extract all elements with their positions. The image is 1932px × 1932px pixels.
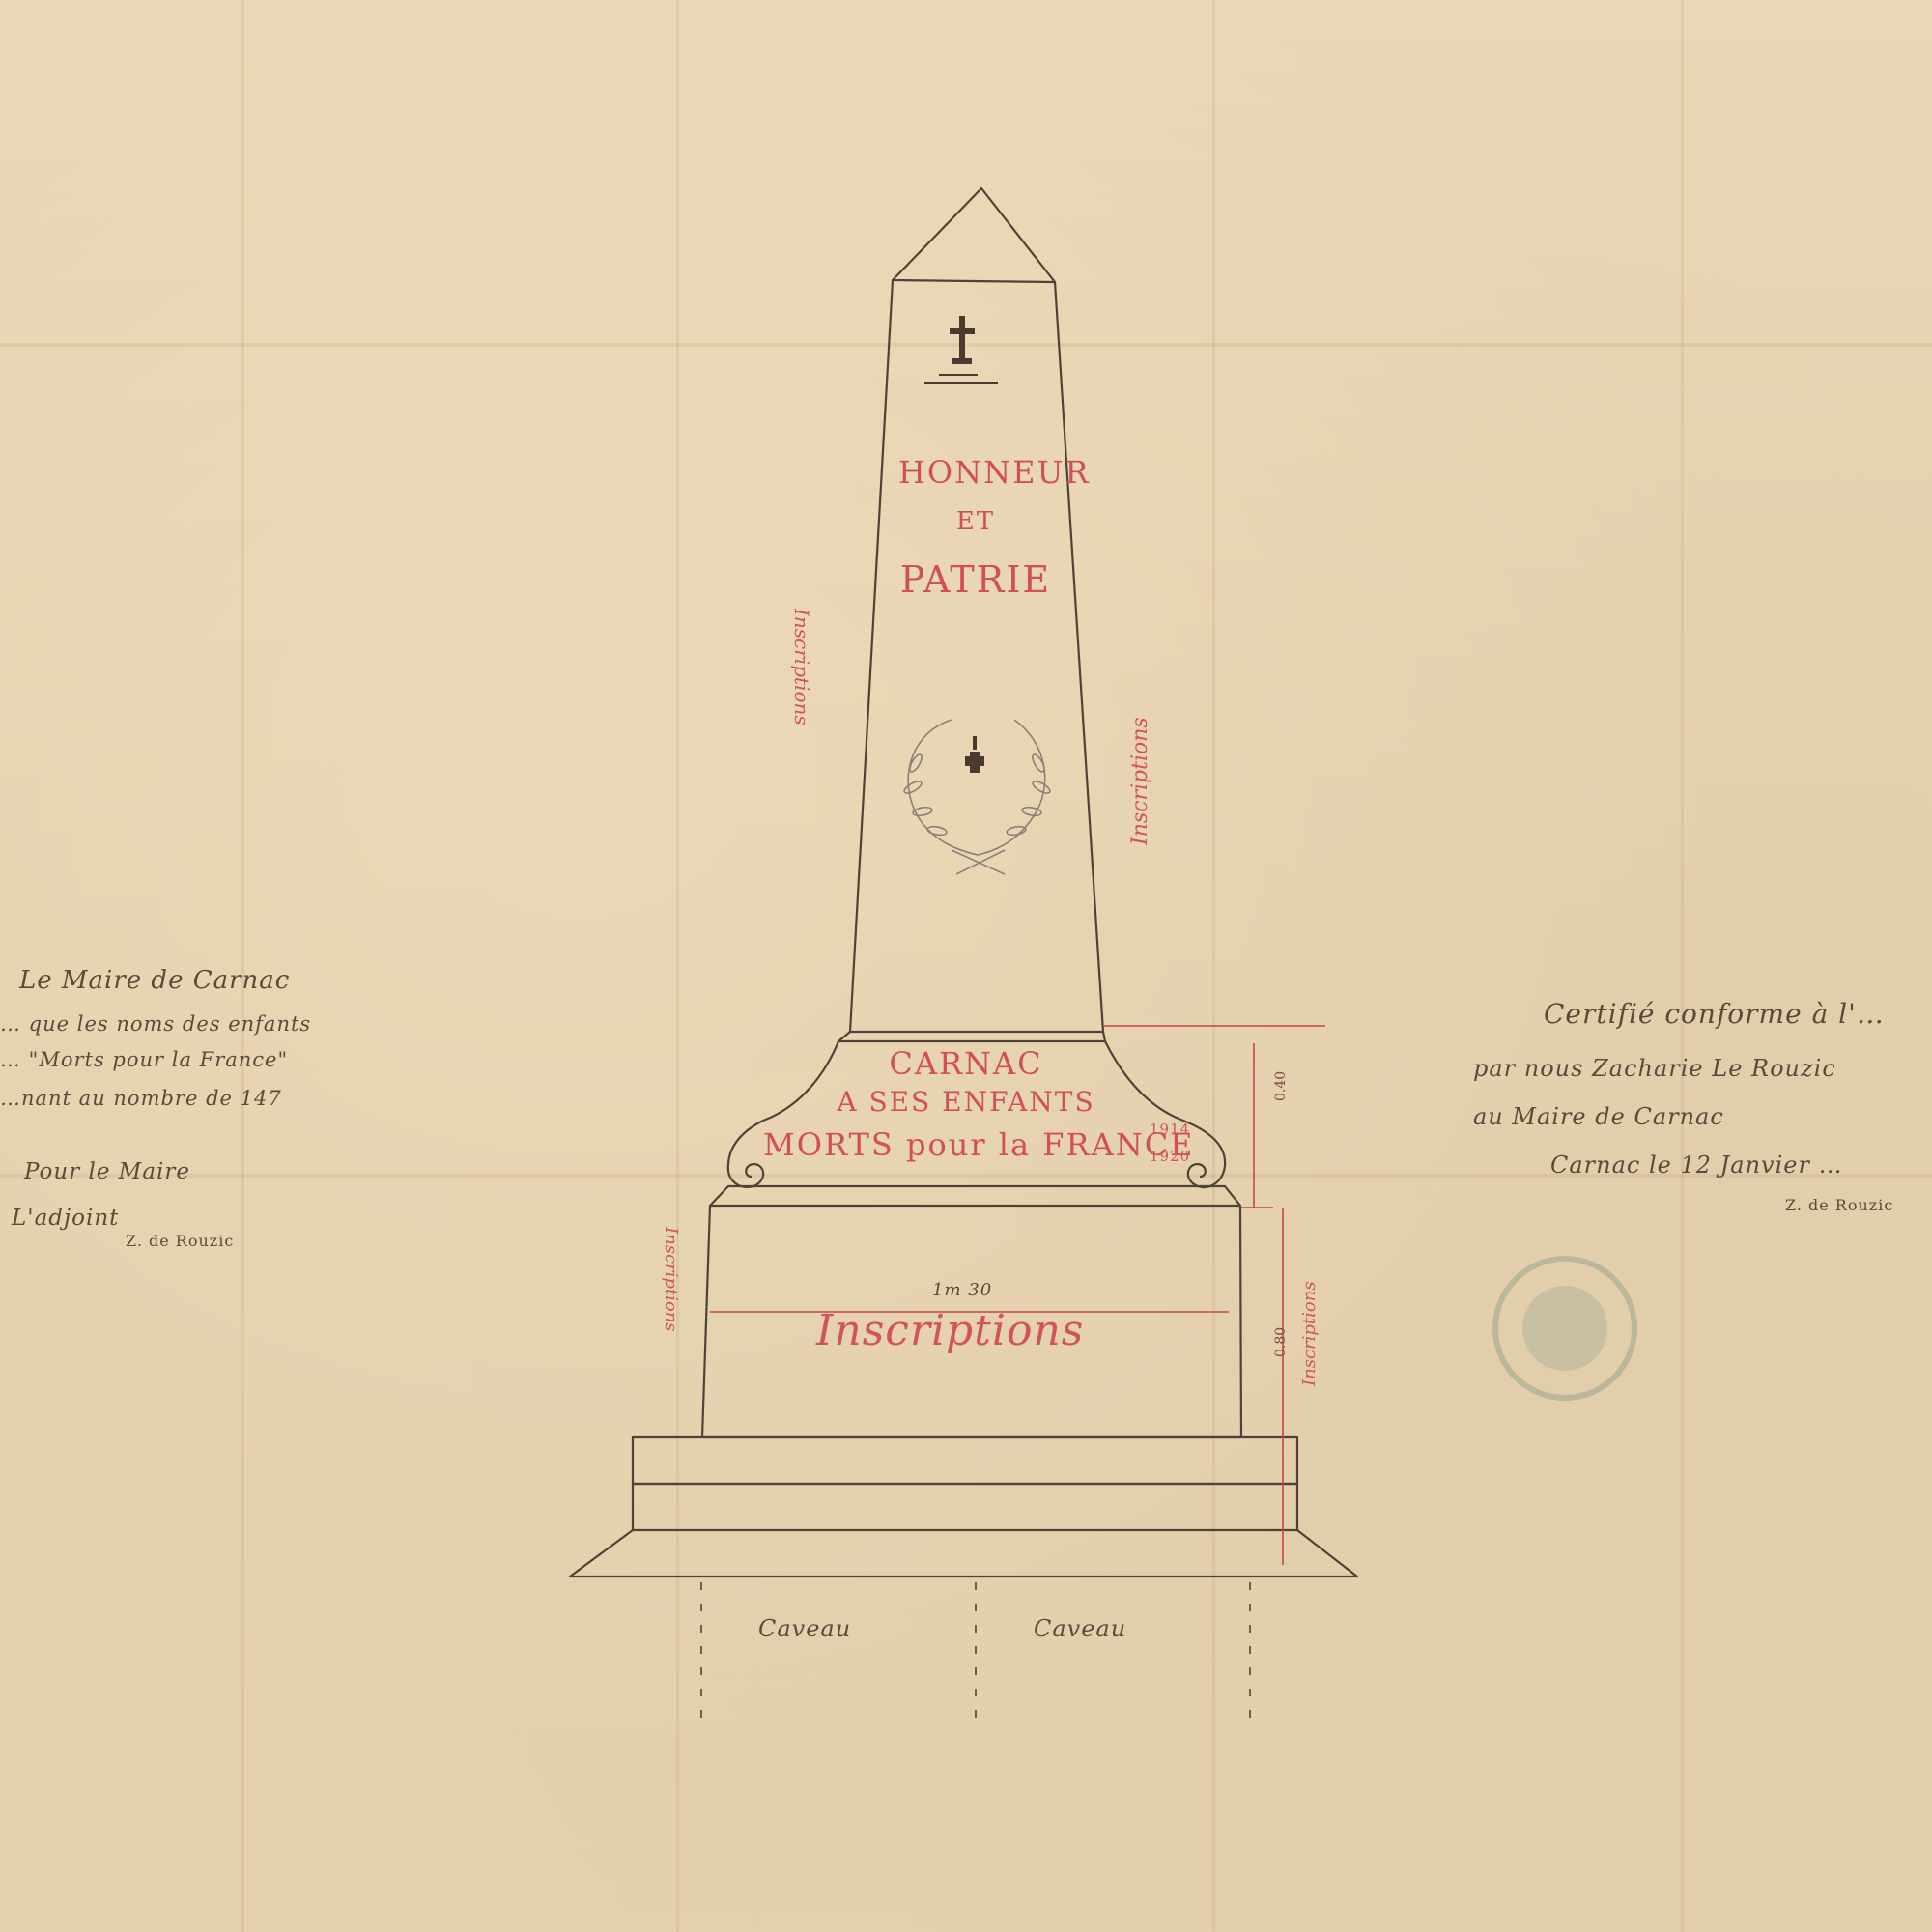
note-line: au Maire de Carnac bbox=[1473, 1103, 1724, 1130]
note-line: Certifié conforme à l'… bbox=[1544, 998, 1885, 1030]
shaft-right-inscriptions-label: Inscriptions bbox=[1128, 717, 1152, 845]
laurel-wreath-icon bbox=[902, 720, 1051, 874]
note-line: Le Maire de Carnac bbox=[19, 966, 290, 995]
plinth-inscriptions-label: Inscriptions bbox=[816, 1306, 1084, 1355]
plinth-height-dimension: 0.80 bbox=[1273, 1327, 1289, 1357]
seal-emblem bbox=[1522, 1286, 1607, 1371]
inscription-honneur: HONNEUR bbox=[898, 454, 1053, 491]
obelisk-shaft-outline bbox=[850, 280, 1103, 1032]
inscription-et: ET bbox=[898, 507, 1053, 536]
shaft-base-band bbox=[838, 1032, 1105, 1041]
plinth-right-inscriptions-label: Inscriptions bbox=[1299, 1281, 1320, 1386]
note-line: par nous Zacharie Le Rouzic bbox=[1473, 1055, 1836, 1082]
pyramidion-outline bbox=[893, 188, 1055, 282]
cross-base-lines bbox=[924, 375, 998, 383]
note-line: … "Morts pour la France" bbox=[0, 1048, 288, 1071]
year-end: 1920 bbox=[1150, 1148, 1190, 1165]
cross-icon bbox=[950, 316, 975, 364]
year-start: 1914 bbox=[1150, 1121, 1190, 1138]
cornice-height-dimension: 0.40 bbox=[1273, 1071, 1289, 1101]
step-lower bbox=[633, 1484, 1297, 1530]
note-line: … que les noms des enfants bbox=[0, 1012, 311, 1036]
inscription-patrie: PATRIE bbox=[898, 558, 1053, 601]
step-upper bbox=[633, 1437, 1297, 1484]
signature: Z. de Rouzic bbox=[126, 1232, 234, 1250]
plinth-width-dimension: 1m 30 bbox=[932, 1280, 992, 1300]
inscription-carnac: CARNAC bbox=[850, 1045, 1082, 1082]
note-line: L'adjoint bbox=[12, 1206, 119, 1231]
caveau-right-label: Caveau bbox=[1034, 1615, 1126, 1642]
inscription-a-ses-enfants: A SES ENFANTS bbox=[811, 1086, 1121, 1118]
cornice-band bbox=[710, 1186, 1240, 1206]
right-volute bbox=[1105, 1041, 1225, 1187]
footing bbox=[570, 1530, 1357, 1577]
military-cross-icon bbox=[965, 736, 984, 773]
note-line: Carnac le 12 Janvier … bbox=[1550, 1151, 1843, 1179]
note-line: …nant au nombre de 147 bbox=[0, 1087, 282, 1110]
caveau-left-label: Caveau bbox=[758, 1615, 851, 1642]
note-line: Pour le Maire bbox=[24, 1159, 190, 1184]
shaft-left-inscriptions-label: Inscriptions bbox=[790, 609, 813, 725]
inscription-morts-pour-la-france: MORTS pour la FRANCE bbox=[763, 1126, 1150, 1163]
municipal-seal-stamp bbox=[1492, 1256, 1637, 1401]
signature: Z. de Rouzic bbox=[1785, 1196, 1893, 1214]
plinth-left-inscriptions-label: Inscriptions bbox=[661, 1227, 681, 1332]
